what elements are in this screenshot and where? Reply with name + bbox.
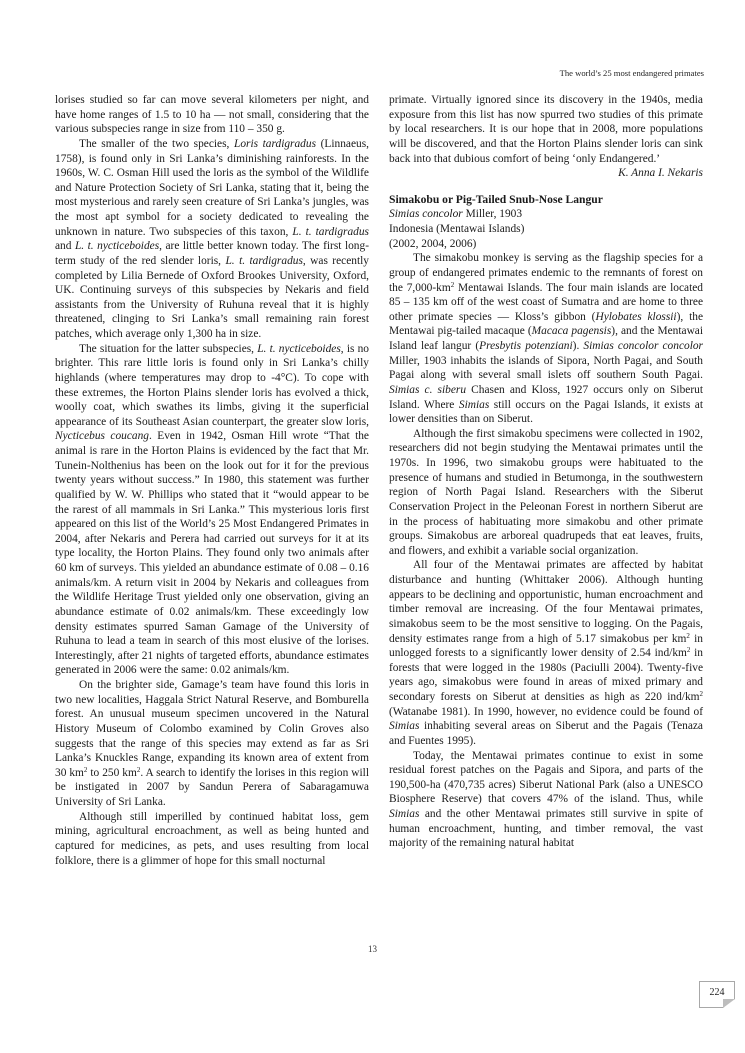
superscript: 2 xyxy=(700,690,704,698)
text-run: ). xyxy=(573,340,584,352)
body-paragraph: lorises studied so far can move several … xyxy=(55,93,369,137)
body-paragraph: On the brighter side, Gamage’s team have… xyxy=(55,678,369,810)
text-run: primate. Virtually ignored since its dis… xyxy=(389,94,703,165)
italic-taxon: Presbytis potenziani xyxy=(479,340,573,352)
running-head: The world’s 25 most endangered primates xyxy=(560,68,704,78)
italic-taxon: L. t. nycticeboides xyxy=(257,343,341,355)
italic-taxon: Simias xyxy=(389,720,419,732)
italic-taxon: L. t. nycticeboides xyxy=(75,240,159,252)
italic-taxon: Simias concolor concolor xyxy=(583,340,703,352)
text-run: Miller, 1903 inhabits the islands of Sip… xyxy=(389,355,703,382)
section-body: The simakobu monkey is serving as the fl… xyxy=(389,251,703,851)
lead-paragraph: primate. Virtually ignored since its dis… xyxy=(389,93,703,166)
species-name: Simias concolor xyxy=(389,208,463,220)
text-run: (Linnaeus, 1758), is found only in Sri L… xyxy=(55,138,369,238)
text-run: Although the first simakobu specimens we… xyxy=(389,428,703,557)
left-column: lorises studied so far can move several … xyxy=(55,93,369,868)
text-run: The smaller of the two species, xyxy=(79,138,234,150)
body-paragraph: All four of the Mentawai primates are af… xyxy=(389,558,703,748)
species-line: Simias concolor Miller, 1903 xyxy=(389,207,703,222)
right-column: primate. Virtually ignored since its dis… xyxy=(389,93,703,851)
text-run: and the other Mentawai primates still su… xyxy=(389,808,703,849)
body-paragraph: The smaller of the two species, Loris ta… xyxy=(55,137,369,342)
italic-taxon: Macaca pagensis xyxy=(532,325,612,337)
text-run: and xyxy=(55,240,75,252)
folded-corner-shadow-icon xyxy=(723,999,735,1008)
text-run: Although still imperilled by continued h… xyxy=(55,811,369,867)
italic-taxon: Nycticebus coucang xyxy=(55,430,149,442)
author-signature: K. Anna I. Nekaris xyxy=(389,166,703,181)
body-paragraph: The simakobu monkey is serving as the fl… xyxy=(389,251,703,427)
italic-taxon: Hylobates klossii xyxy=(595,311,676,323)
text-run: , was recently completed by Lilia Berned… xyxy=(55,255,369,340)
body-paragraph: The situation for the latter subspecies,… xyxy=(55,342,369,678)
italic-taxon: Loris tardigradus xyxy=(234,138,316,150)
italic-taxon: Simias xyxy=(459,399,489,411)
text-run: . Even in 1942, Osman Hill wrote “That t… xyxy=(55,430,369,676)
body-paragraph: primate. Virtually ignored since its dis… xyxy=(389,93,703,166)
text-run: inhabiting several areas on Siberut and … xyxy=(389,720,703,747)
text-run: to 250 km xyxy=(87,767,136,779)
text-run: , is no brighter. This rare little loris… xyxy=(55,343,369,428)
italic-taxon: Simias c. siberu xyxy=(389,384,466,396)
page-note-tag[interactable]: 224 xyxy=(699,981,735,1008)
body-paragraph: Although still imperilled by continued h… xyxy=(55,810,369,869)
text-run: All four of the Mentawai primates are af… xyxy=(389,559,703,644)
text-run: Today, the Mentawai primates continue to… xyxy=(389,750,703,806)
italic-taxon: L. t. tardigradus xyxy=(292,226,369,238)
page-number: 13 xyxy=(368,944,377,954)
years-line: (2002, 2004, 2006) xyxy=(389,237,703,252)
text-run: (Watanabe 1981). In 1990, however, no ev… xyxy=(389,706,703,718)
text-run: lorises studied so far can move several … xyxy=(55,94,369,135)
body-paragraph: Although the first simakobu specimens we… xyxy=(389,427,703,559)
body-paragraph: Today, the Mentawai primates continue to… xyxy=(389,749,703,851)
text-run: The situation for the latter subspecies, xyxy=(79,343,257,355)
species-authority: Miller, 1903 xyxy=(463,208,522,220)
section-title: Simakobu or Pig-Tailed Snub-Nose Langur xyxy=(389,193,703,208)
location-line: Indonesia (Mentawai Islands) xyxy=(389,222,703,237)
italic-taxon: Simias xyxy=(389,808,419,820)
note-tag-label: 224 xyxy=(710,987,725,998)
italic-taxon: L. t. tardigradus xyxy=(225,255,302,267)
text-run: On the brighter side, Gamage’s team have… xyxy=(55,679,369,779)
